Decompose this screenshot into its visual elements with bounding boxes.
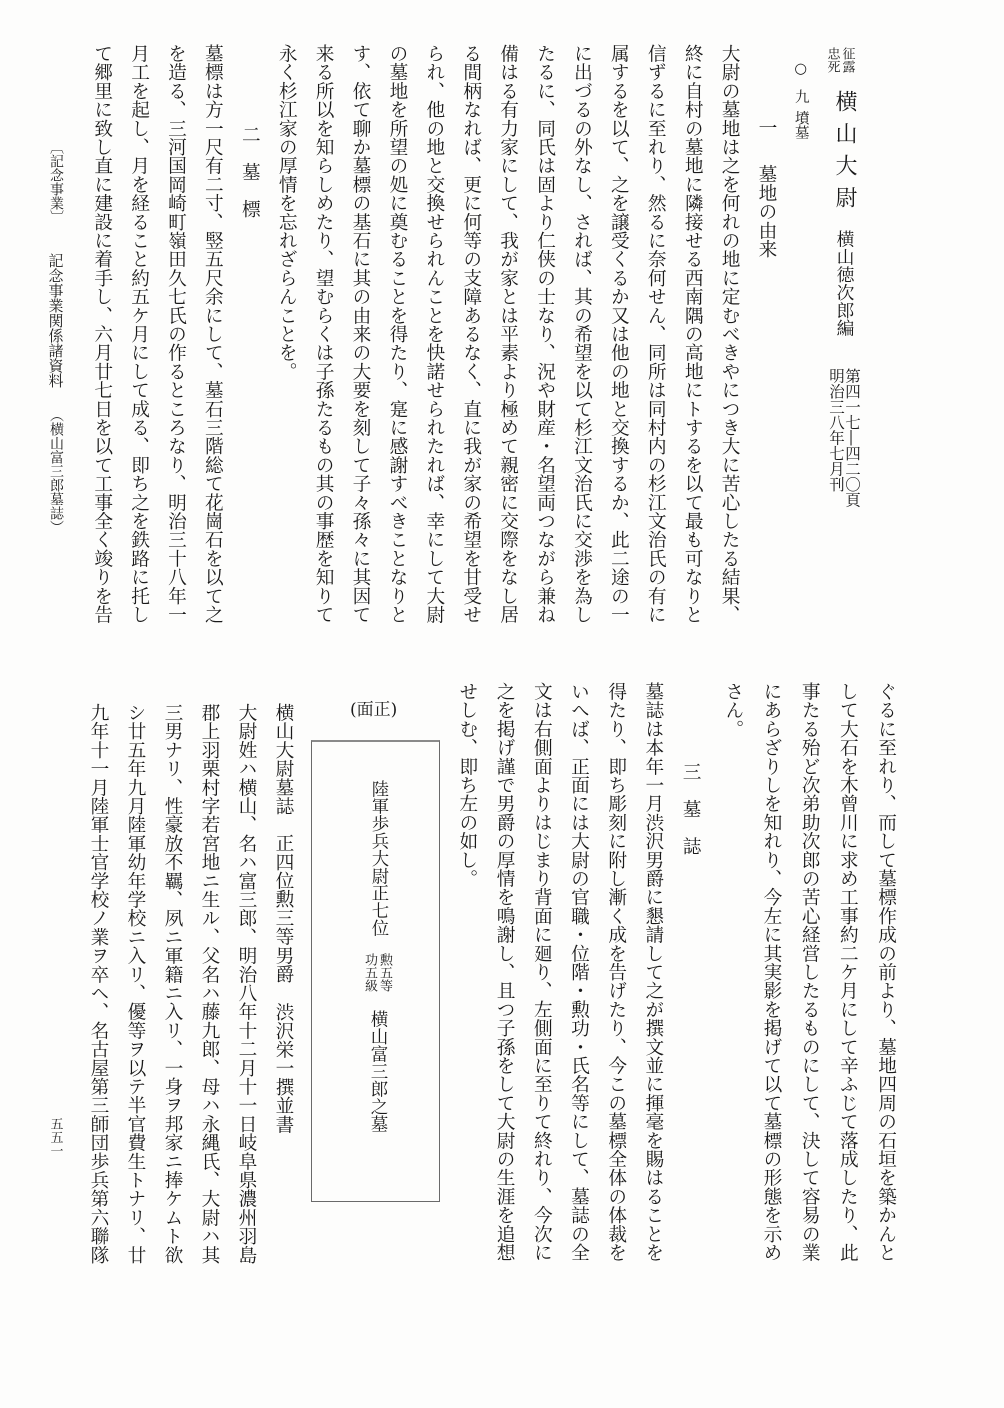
section-title: 墓標 — [239, 162, 260, 237]
text-column: 三男ナリ、性豪放不羈、夙ニ軍籍ニ入リ、一身ヲ邦家ニ捧ケムト欲 — [154, 703, 191, 1264]
text-column: 信ずるに至れり、然るに奈何せん、同所は同村内の杉江文治氏の有に — [636, 44, 673, 624]
section-heading-1: 一墓地の由来 — [747, 44, 784, 624]
text-column: 得たり、即ち彫刻に附し漸く成を告げたり、今この墓標全体の体裁を — [597, 682, 634, 1262]
section-heading-2: 二墓標 — [230, 44, 267, 624]
text-column: 大尉の墓地は之を何れの地に定むべきやにつき大に苦心したる結果、 — [710, 44, 747, 624]
running-header-title: 記念事業関係諸資料 — [46, 253, 67, 388]
decoration-order: 勲五等 — [377, 953, 392, 992]
text-column: 之を掲げ謹で男爵の厚情を鳴謝し、且つ子孫をして大尉の生涯を追想 — [485, 682, 522, 1262]
text-column: 墓標は方一尺有二寸、竪五尺余にして、墓石三階総て花崗石を以て之 — [193, 44, 230, 624]
tombstone-rank: 陸軍歩兵大尉正七位 — [366, 780, 391, 937]
page-number: 五五一 — [46, 1117, 65, 1158]
section-number: 二 — [239, 125, 260, 162]
text-column: シ廿五年九月陸軍幼年学校ニ入リ、優等ヲ以テ半官費生トナリ、廿 — [117, 703, 154, 1264]
epitaph-author: 渋沢栄一撰並書 — [273, 984, 294, 1134]
running-header-category: 〔記念事業〕 — [46, 140, 66, 224]
text-column: ぐるに至れり、而して墓標作成の前より、墓地四周の石垣を築かんと — [866, 682, 904, 1262]
section-2-continued: ぐるに至れり、而して墓標作成の前より、墓地四周の石垣を築かんと して大石を木曾川… — [713, 682, 904, 1262]
epitaph: 横山大尉墓誌正四位勲三等男爵渋沢栄一撰並書 大尉姓ハ横山、名ハ富三郎、明治八年十… — [80, 703, 302, 1264]
decoration-merit: 功五級 — [362, 953, 377, 992]
section-number: 一 — [756, 118, 777, 165]
upper-body: 一墓地の由来 大尉の墓地は之を何れの地に定むべきやにつき大に苦心したる結果、 終… — [82, 44, 783, 624]
text-column: に出づるの外なし、されば、其の希望を以て杉江文治氏に交渉を為し — [562, 44, 599, 624]
section-heading-3: 三墓誌 — [671, 682, 708, 1262]
text-column: 永く杉江家の厚情を忘れざらんことを。 — [267, 44, 304, 624]
section-title: 墓誌 — [680, 799, 701, 874]
text-column: 月工を起し、月を経ること約五ケ月にして成る、即ち之を鉄路に托し — [119, 44, 156, 624]
text-column: たるに、同氏は固より仁侠の士なり、況や財産・名望両つながら兼ね — [525, 44, 562, 624]
text-column: る間柄なれば、更に何等の支障あるなく、直に我が家の希望を甘受せ — [451, 44, 488, 624]
section-title: 墓地の由来 — [756, 165, 777, 259]
text-column: られ、他の地と交換せられんことを快諾せられたれば、幸にして大尉 — [414, 44, 451, 624]
text-column: して大石を木曾川に求め工事約二ケ月にして辛ふじて落成したり、此 — [828, 682, 866, 1262]
section-3: 三墓誌 墓誌は本年一月渋沢男爵に懇請して之が撰文並に揮毫を賜はることを 得たり、… — [448, 682, 708, 1262]
text-column: いへば、正面には大尉の官職・位階・勲功・氏名等にして、墓誌の全 — [560, 682, 597, 1262]
title-prefix-left: 忠死 — [825, 47, 840, 73]
text-column: の墓地を所望の処に奠むることを得たり、寔に感謝すべきことなりと — [378, 44, 415, 624]
epitaph-header: 横山大尉墓誌正四位勲三等男爵渋沢栄一撰並書 — [265, 703, 302, 1264]
text-column: 来る所以を知らしめたり、望むらくは子孫たるもの其の事歴を知りて — [304, 44, 341, 624]
tombstone-name: 横山富三郎之墓 — [366, 1010, 391, 1133]
text-column: せしむ、即ち左の如し。 — [448, 682, 485, 1262]
text-column: 墓誌は本年一月渋沢男爵に懇請して之が撰文並に揮毫を賜はることを — [634, 682, 671, 1262]
text-column: にあらざりしを知れり、今左に其実影を掲げて以て墓標の形態を示め — [751, 682, 789, 1262]
title-prefix: 征露 忠死 — [825, 47, 855, 73]
text-column: 属するを以て、之を譲受くるか又は他の地と交換するか、此二途の一 — [599, 44, 636, 624]
text-column: 備はる有力家にして、我が家とは平素より極めて親密に交際をなし居 — [488, 44, 525, 624]
tombstone-front-box: 陸軍歩兵大尉正七位 勲五等 功五級 横山富三郎之墓 — [311, 740, 440, 1202]
text-column: さん。 — [713, 682, 751, 1262]
text-column: 終に自村の墓地に隣接せる西南隅の高地にトするを以て最も可なりと — [673, 44, 710, 624]
chapter-number: 九 — [793, 89, 809, 111]
text-column: を造る、三河国岡崎町嶺田久七氏の作るところなり、明治三十八年一 — [156, 44, 193, 624]
text-column: す、依て聊か墓標の基石に其の由来の大要を刻して子々孫々に其因て — [341, 44, 378, 624]
text-column: 事たる殆ど次弟助次郎の苦心経営したるものにして、決して容易の業 — [790, 682, 828, 1262]
text-column: 文は右側面よりはじまり背面に廻り、左側面に至りて終れり、今次に — [523, 682, 560, 1262]
circle-marker-icon: ○ — [793, 61, 809, 89]
epitaph-author-rank: 正四位勲三等男爵 — [273, 815, 294, 983]
document-title: 横山大尉 — [829, 90, 860, 218]
chapter-title: 墳墓 — [793, 110, 809, 139]
section-number: 三 — [680, 762, 701, 799]
running-header-subtitle: （横山富三郎墓誌） — [46, 408, 66, 534]
text-column: 九年十一月陸軍士官学校ノ業ヲ卒ヘ、名古屋第三師団歩兵第六聯隊 — [80, 703, 117, 1264]
text-column: 大尉姓ハ横山、名ハ富三郎、明治八年十二月十一日岐阜県濃州羽島 — [228, 703, 265, 1264]
epitaph-title: 横山大尉墓誌 — [273, 703, 294, 815]
document-page: 征露 忠死 横山大尉 横山徳次郎編 第四一七―四二〇頁 明治三八年七月刊 ○九墳… — [0, 0, 1004, 1408]
publication-date: 明治三八年七月刊 — [825, 368, 847, 492]
document-editor: 横山徳次郎編 — [832, 230, 857, 337]
text-column: 郡上羽栗村字若宮地ニ生ル、父名ハ藤九郎、母ハ永縄氏、大尉ハ其 — [191, 703, 228, 1264]
title-prefix-right: 征露 — [840, 47, 855, 73]
tombstone-decorations: 勲五等 功五級 — [362, 953, 392, 992]
tombstone-front-label: (面正) — [350, 702, 397, 719]
chapter-heading: ○九墳墓 — [791, 61, 812, 140]
text-column: て郷里に致し直に建設に着手し、六月廿七日を以て工事全く竣りを告 — [82, 44, 119, 624]
